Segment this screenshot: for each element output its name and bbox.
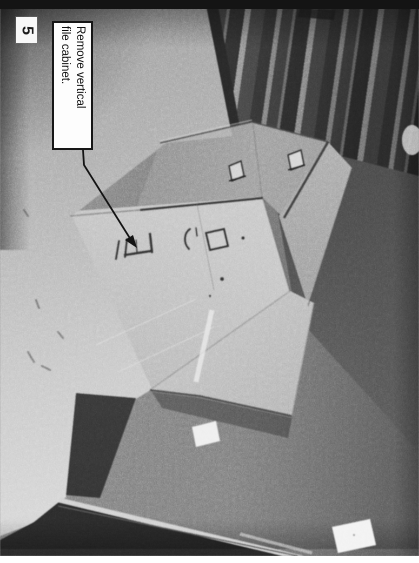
callout-box: Remove vertical file cabinet. — [52, 21, 93, 150]
scanned-figure-page: 5 Remove vertical file cabinet. — [0, 0, 419, 563]
figure-number-badge: 5 — [16, 17, 37, 43]
photograph: 5 Remove vertical file cabinet. — [0, 0, 419, 556]
callout-text: Remove vertical file cabinet. — [54, 23, 89, 111]
callout-line-1: Remove vertical — [72, 26, 87, 108]
callout-line-2: file cabinet. — [57, 26, 72, 108]
page-margin — [0, 556, 419, 563]
figure-number: 5 — [19, 26, 35, 35]
photo-top-border — [0, 0, 419, 9]
